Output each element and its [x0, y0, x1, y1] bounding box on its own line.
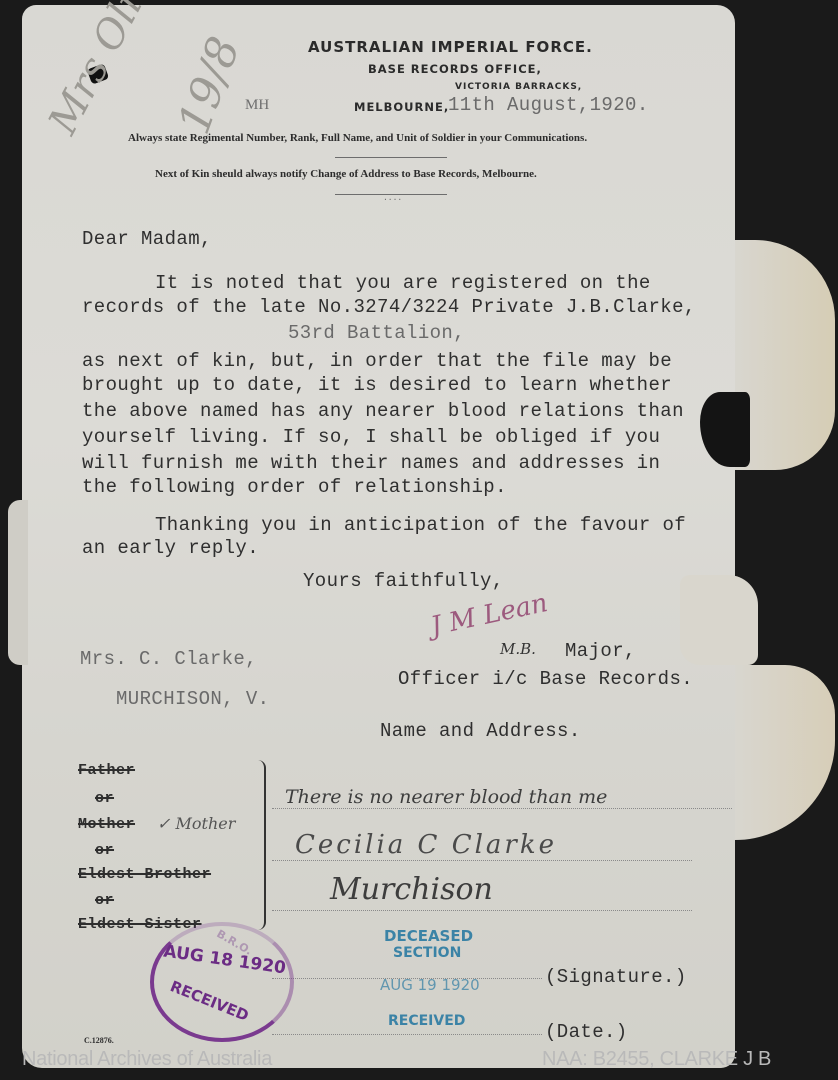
body-line-4: as next of kin, but, in order that the f…: [82, 350, 672, 372]
instruction-regimental: Always state Regimental Number, Rank, Fu…: [128, 132, 587, 144]
handwritten-answer-2: Cecilia C Clarke: [295, 830, 557, 860]
relation-or-1: or: [95, 790, 114, 807]
form-number: C.12876.: [84, 1036, 114, 1045]
letterhead-organisation: AUSTRALIAN IMPERIAL FORCE.: [308, 38, 593, 56]
handwritten-answer-1: There is no nearer blood than me: [285, 786, 607, 808]
archive-reference: NAA: B2455, CLARKE J B: [542, 1048, 771, 1071]
body-line-9: the following order of relationship.: [82, 476, 507, 498]
torn-flap-mid: [680, 575, 758, 665]
handwritten-answer-3: Murchison: [330, 872, 493, 907]
body-line-8: will furnish me with their names and add…: [82, 452, 660, 474]
answer-line-2: [272, 860, 692, 861]
torn-flap-lower: [735, 665, 835, 840]
officer-rank: Major,: [565, 640, 636, 662]
blue-stamp-section: SECTION: [393, 945, 461, 961]
archive-credit: National Archives of Australia: [22, 1048, 272, 1071]
signature-suffix: M.B.: [500, 640, 536, 658]
instruction-next-of-kin: Next of Kin sheuld always notify Change …: [155, 168, 537, 180]
blue-stamp-date: AUG 19 1920: [380, 976, 480, 994]
answer-line-3: [272, 910, 692, 911]
letterhead-city: MELBOURNE,: [354, 100, 449, 114]
answer-line-1: [272, 808, 732, 809]
addressee-town: MURCHISON, V.: [116, 688, 269, 710]
blue-stamp-received: RECEIVED: [388, 1013, 465, 1029]
date-line: [272, 1034, 542, 1035]
body-line-6: the above named has any nearer blood rel…: [82, 400, 684, 422]
reference-initials: MH: [245, 97, 269, 114]
date-label: (Date.): [545, 1021, 628, 1043]
letter-date: 11th August,1920.: [448, 94, 649, 116]
relations-bracket: [256, 760, 266, 930]
closing: Yours faithfully,: [303, 570, 504, 592]
body-line-1: It is noted that you are registered on t…: [155, 272, 651, 294]
divider-1: [335, 157, 447, 158]
mother-handwritten-mark: ✓ Mother: [157, 814, 235, 833]
divider-dots: ....: [383, 194, 402, 203]
thanks-line-1: Thanking you in anticipation of the favo…: [155, 514, 686, 536]
officer-title: Officer i/c Base Records.: [398, 668, 693, 690]
letterhead-office: BASE RECORDS OFFICE,: [368, 62, 542, 76]
body-line-3: 53rd Battalion,: [288, 322, 465, 344]
relation-mother: Mother: [78, 816, 135, 833]
body-line-7: yourself living. If so, I shall be oblig…: [82, 426, 660, 448]
form-heading: Name and Address.: [380, 720, 581, 742]
salutation: Dear Madam,: [82, 228, 212, 250]
torn-flap-upper: [735, 240, 835, 470]
letterhead-location: VICTORIA BARRACKS,: [455, 82, 582, 92]
thanks-line-2: an early reply.: [82, 537, 259, 559]
relation-father: Father: [78, 762, 135, 779]
relation-or-2: or: [95, 842, 114, 859]
torn-flap-left: [8, 500, 28, 665]
signature-label: (Signature.): [545, 966, 687, 988]
addressee-name: Mrs. C. Clarke,: [80, 648, 257, 670]
body-line-5: brought up to date, it is desired to lea…: [82, 374, 672, 396]
body-line-2: records of the late No.3274/3224 Private…: [82, 296, 696, 318]
blue-stamp-deceased: DECEASED: [384, 927, 473, 945]
relation-or-3: or: [95, 892, 114, 909]
relation-eldest-brother: Eldest Brother: [78, 866, 211, 883]
salutation-text: Dear Madam,: [82, 228, 212, 250]
